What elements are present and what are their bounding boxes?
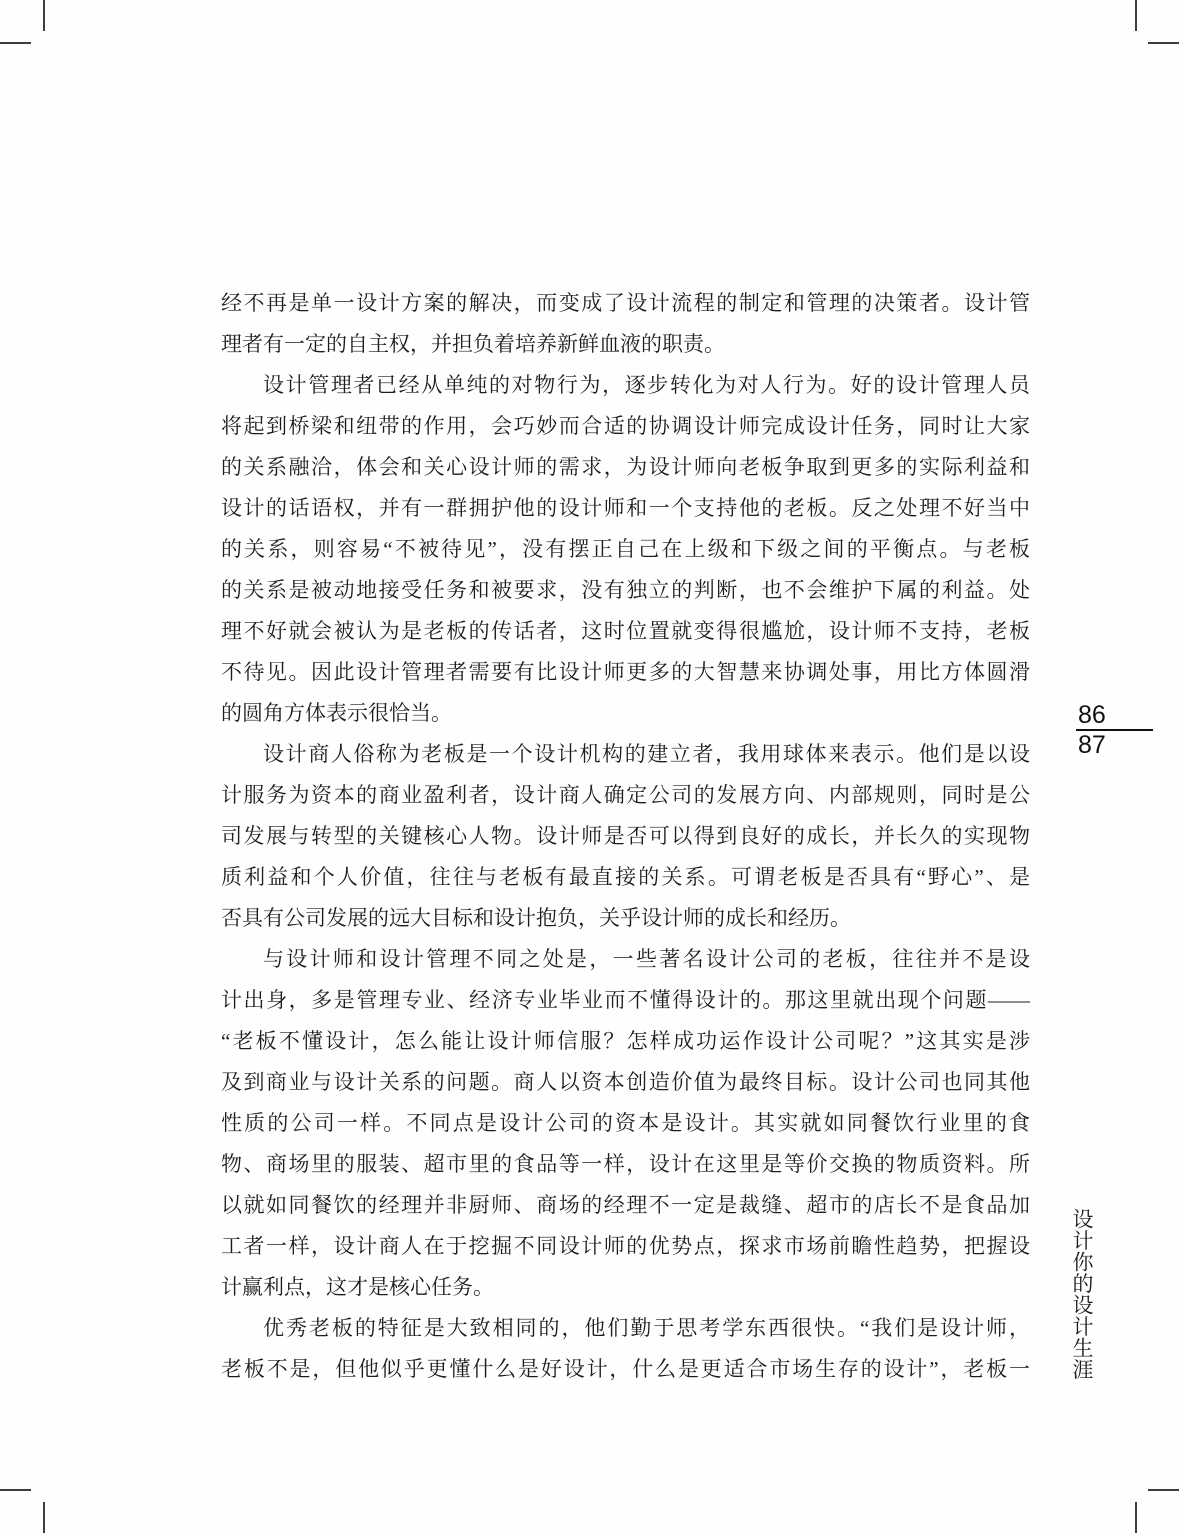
body-text-line: 计出身，多是管理专业、经济专业毕业而不懂得设计的。那这里就出现个问题—— bbox=[221, 980, 1030, 1021]
body-text-line: 设计管理者已经从单纯的对物行为，逐步转化为对人行为。好的设计管理人员 bbox=[221, 365, 1030, 406]
crop-mark-bottom-left-horizontal bbox=[0, 1489, 31, 1491]
body-text-line: 理不好就会被认为是老板的传话者，这时位置就变得很尴尬，设计师不支持，老板 bbox=[221, 611, 1030, 652]
crop-mark-top-right-vertical bbox=[1135, 0, 1137, 31]
side-title: 设计你的设计生涯 bbox=[1070, 1208, 1093, 1380]
paragraph: 与设计师和设计管理不同之处是，一些著名设计公司的老板，往往并不是设计出身，多是管… bbox=[221, 939, 1030, 1308]
body-text-line: 不待见。因此设计管理者需要有比设计师更多的大智慧来协调处事，用比方体圆滑 bbox=[221, 652, 1030, 693]
body-text-line: 与设计师和设计管理不同之处是，一些著名设计公司的老板，往往并不是设 bbox=[221, 939, 1030, 980]
crop-mark-bottom-right-horizontal bbox=[1148, 1489, 1179, 1491]
paragraph: 设计管理者已经从单纯的对物行为，逐步转化为对人行为。好的设计管理人员将起到桥梁和… bbox=[221, 365, 1030, 734]
paragraph: 优秀老板的特征是大致相同的，他们勤于思考学东西很快。“我们是设计师，老板不是，但… bbox=[221, 1308, 1030, 1390]
page-number-top: 86 bbox=[1076, 701, 1153, 729]
body-text-line: 性质的公司一样。不同点是设计公司的资本是设计。其实就如同餐饮行业里的食 bbox=[221, 1103, 1030, 1144]
body-text-line: 及到商业与设计关系的问题。商人以资本创造价值为最终目标。设计公司也同其他 bbox=[221, 1062, 1030, 1103]
paragraph: 设计商人俗称为老板是一个设计机构的建立者，我用球体来表示。他们是以设计服务为资本… bbox=[221, 734, 1030, 939]
body-text-line: 设计商人俗称为老板是一个设计机构的建立者，我用球体来表示。他们是以设 bbox=[221, 734, 1030, 775]
body-text-line: 将起到桥梁和纽带的作用，会巧妙而合适的协调设计师完成设计任务，同时让大家 bbox=[221, 406, 1030, 447]
body-text-line: 计服务为资本的商业盈利者，设计商人确定公司的发展方向、内部规则，同时是公 bbox=[221, 775, 1030, 816]
body-text-line: 质利益和个人价值，往往与老板有最直接的关系。可谓老板是否具有“野心”、是 bbox=[221, 857, 1030, 898]
body-text-line: 设计的话语权，并有一群拥护他的设计师和一个支持他的老板。反之处理不好当中 bbox=[221, 488, 1030, 529]
body-text-line: 理者有一定的自主权，并担负着培养新鲜血液的职责。 bbox=[221, 324, 1030, 365]
body-text-line: 的关系，则容易“不被待见”，没有摆正自己在上级和下级之间的平衡点。与老板 bbox=[221, 529, 1030, 570]
crop-mark-bottom-right-vertical bbox=[1135, 1502, 1137, 1533]
body-text-line: 的关系是被动地接受任务和被要求，没有独立的判断，也不会维护下属的利益。处 bbox=[221, 570, 1030, 611]
crop-mark-bottom-left-vertical bbox=[43, 1502, 45, 1533]
body-text-line: 工者一样，设计商人在于挖掘不同设计师的优势点，探求市场前瞻性趋势，把握设 bbox=[221, 1226, 1030, 1267]
body-text: 经不再是单一设计方案的解决，而变成了设计流程的制定和管理的决策者。设计管理者有一… bbox=[221, 283, 1030, 1390]
body-text-line: 以就如同餐饮的经理并非厨师、商场的经理不一定是裁缝、超市的店长不是食品加 bbox=[221, 1185, 1030, 1226]
crop-mark-top-left-horizontal bbox=[0, 42, 31, 44]
body-text-line: 否具有公司发展的远大目标和设计抱负，关乎设计师的成长和经历。 bbox=[221, 898, 1030, 939]
crop-mark-top-right-horizontal bbox=[1148, 42, 1179, 44]
page-number-block: 86 87 bbox=[1076, 701, 1153, 759]
body-text-line: 司发展与转型的关键核心人物。设计师是否可以得到良好的成长，并长久的实现物 bbox=[221, 816, 1030, 857]
body-text-line: 计赢利点，这才是核心任务。 bbox=[221, 1267, 1030, 1308]
body-text-line: “老板不懂设计，怎么能让设计师信服？怎样成功运作设计公司呢？”这其实是涉 bbox=[221, 1021, 1030, 1062]
paragraph: 经不再是单一设计方案的解决，而变成了设计流程的制定和管理的决策者。设计管理者有一… bbox=[221, 283, 1030, 365]
body-text-line: 优秀老板的特征是大致相同的，他们勤于思考学东西很快。“我们是设计师， bbox=[221, 1308, 1030, 1349]
crop-mark-top-left-vertical bbox=[43, 0, 45, 31]
body-text-line: 经不再是单一设计方案的解决，而变成了设计流程的制定和管理的决策者。设计管 bbox=[221, 283, 1030, 324]
body-text-line: 的关系融洽，体会和关心设计师的需求，为设计师向老板争取到更多的实际利益和 bbox=[221, 447, 1030, 488]
body-text-line: 老板不是，但他似乎更懂什么是好设计，什么是更适合市场生存的设计”，老板一 bbox=[221, 1349, 1030, 1390]
body-text-line: 的圆角方体表示很恰当。 bbox=[221, 693, 1030, 734]
book-page: 经不再是单一设计方案的解决，而变成了设计流程的制定和管理的决策者。设计管理者有一… bbox=[0, 0, 1179, 1533]
body-text-line: 物、商场里的服装、超市里的食品等一样，设计在这里是等价交换的物质资料。所 bbox=[221, 1144, 1030, 1185]
page-number-bottom: 87 bbox=[1076, 731, 1153, 759]
